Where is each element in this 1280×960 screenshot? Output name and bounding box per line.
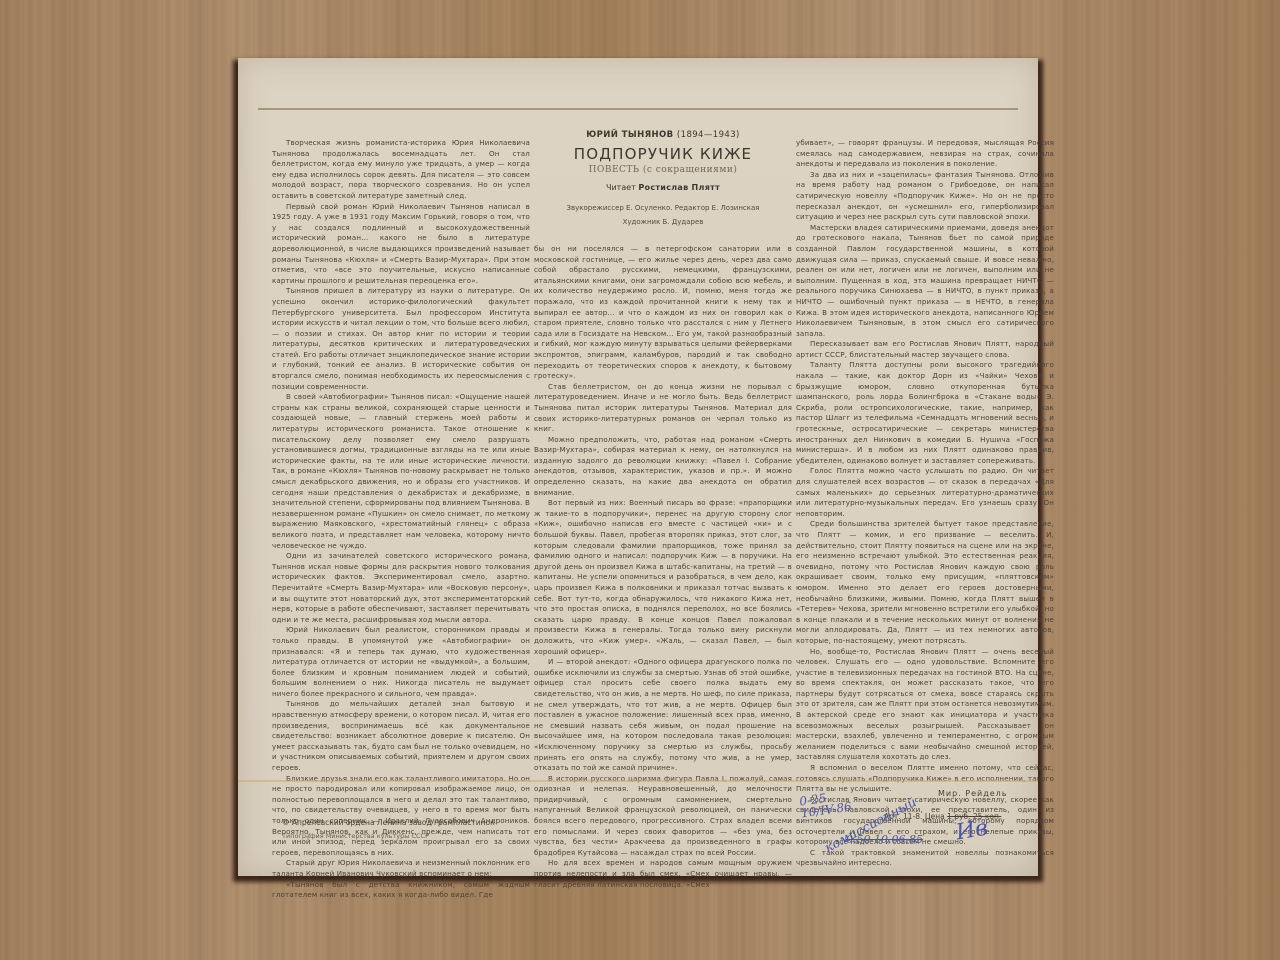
record-sleeve-back: ЮРИЙ ТЫНЯНОВ (1894—1943) ПОДПОРУЧИК КИЖЕ… xyxy=(238,58,1038,876)
paragraph: За два из них и «зацепилась» фантазия Ты… xyxy=(796,170,1054,223)
paragraph: Таланту Плятта доступны роли высокого тр… xyxy=(796,360,1054,466)
paragraph: Но, вообще-то, Ростислав Янович Плятт — … xyxy=(796,647,1054,764)
paragraph: убивает», — говорят французы. И передова… xyxy=(796,138,1054,170)
paragraph: И — второй анекдот: «Одного офицера драг… xyxy=(534,657,792,774)
album-subtitle: ПОВЕСТЬ (с сокращениями) xyxy=(534,165,792,175)
paragraph: Став беллетристом, он до конца жизни не … xyxy=(534,382,792,435)
paragraph: Но для всех времен и народов самым мощны… xyxy=(534,858,792,890)
credits: Звукорежиссер Е. Осуленко. Редактор Е. Л… xyxy=(534,201,792,229)
album-title: ПОДПОРУЧИК КИЖЕ xyxy=(534,145,792,163)
sleeve-bottom-edge xyxy=(238,780,1038,782)
manufacturer-imprint: © Апрелевский ордена Ленина завод грампл… xyxy=(282,818,495,827)
handwritten-crossed-price: 0.50 10.06.85 xyxy=(846,833,923,846)
paragraph: Юрий Николаевич был реалистом, сторонник… xyxy=(272,625,530,699)
text-column-3: убивает», — говорят французы. И передова… xyxy=(796,138,1054,869)
paragraph: Мастерски владея сатирическими приемами,… xyxy=(796,223,1054,340)
paragraph: Близкие друзья знали его как талантливог… xyxy=(272,774,530,859)
paragraph: Голос Плятта можно часто услышать по рад… xyxy=(796,466,1054,519)
paragraph: Одни из зачинателей советского историчес… xyxy=(272,551,530,625)
paragraph: Среди большинства зрителей бытует такое … xyxy=(796,519,1054,646)
reader-name: Ростислав Плятт xyxy=(638,183,720,192)
paragraph: Тынянов пришел в литературу из науки о л… xyxy=(272,286,530,392)
author-line: ЮРИЙ ТЫНЯНОВ (1894—1943) xyxy=(534,130,792,140)
printer-imprint: Типография Министерства культуры СССР xyxy=(282,832,429,840)
reader-line: Читает Ростислав Плятт xyxy=(534,183,792,192)
paragraph: Творческая жизнь романиста-историка Юрия… xyxy=(272,138,530,202)
credits-line-1: Звукорежиссер Е. Осуленко. Редактор Е. Л… xyxy=(534,201,792,215)
paragraph: бы он ни поселялся — в петергофском сана… xyxy=(534,244,792,382)
article-signature: Мир. Рейдель xyxy=(938,789,1008,798)
paragraph: «Тынянов был с детства книжником, самым … xyxy=(272,880,530,901)
author-years: (1894—1943) xyxy=(677,130,740,140)
paragraph: Старый друг Юрия Николаевича и неизменны… xyxy=(272,858,530,879)
paragraph: Можно предположить, что, работая над ром… xyxy=(534,435,792,499)
flap-fold-line xyxy=(258,108,1018,110)
text-column-1: Творческая жизнь романиста-историка Юрия… xyxy=(272,138,530,901)
paragraph: В своей «Автобиографии» Тынянов писал: «… xyxy=(272,392,530,551)
text-column-2: бы он ни поселялся — в петергофском сана… xyxy=(534,244,792,890)
author-name: ЮРИЙ ТЫНЯНОВ xyxy=(586,130,673,140)
paragraph: Первый свой роман Юрий Николаевич Тыняно… xyxy=(272,202,530,287)
paragraph: Пересказывает вам его Ростислав Янович П… xyxy=(796,339,1054,360)
paragraph: Тынянов до мельчайших деталей знал бытов… xyxy=(272,699,530,773)
paragraph: В истории русского царизма фигура Павла … xyxy=(534,774,792,859)
album-header: ЮРИЙ ТЫНЯНОВ (1894—1943) ПОДПОРУЧИК КИЖЕ… xyxy=(534,130,792,229)
credits-line-2: Художник Б. Дударев xyxy=(534,215,792,229)
reader-prefix: Читает xyxy=(606,183,636,192)
paragraph: Вот первый из них: Военный писарь во фра… xyxy=(534,498,792,657)
